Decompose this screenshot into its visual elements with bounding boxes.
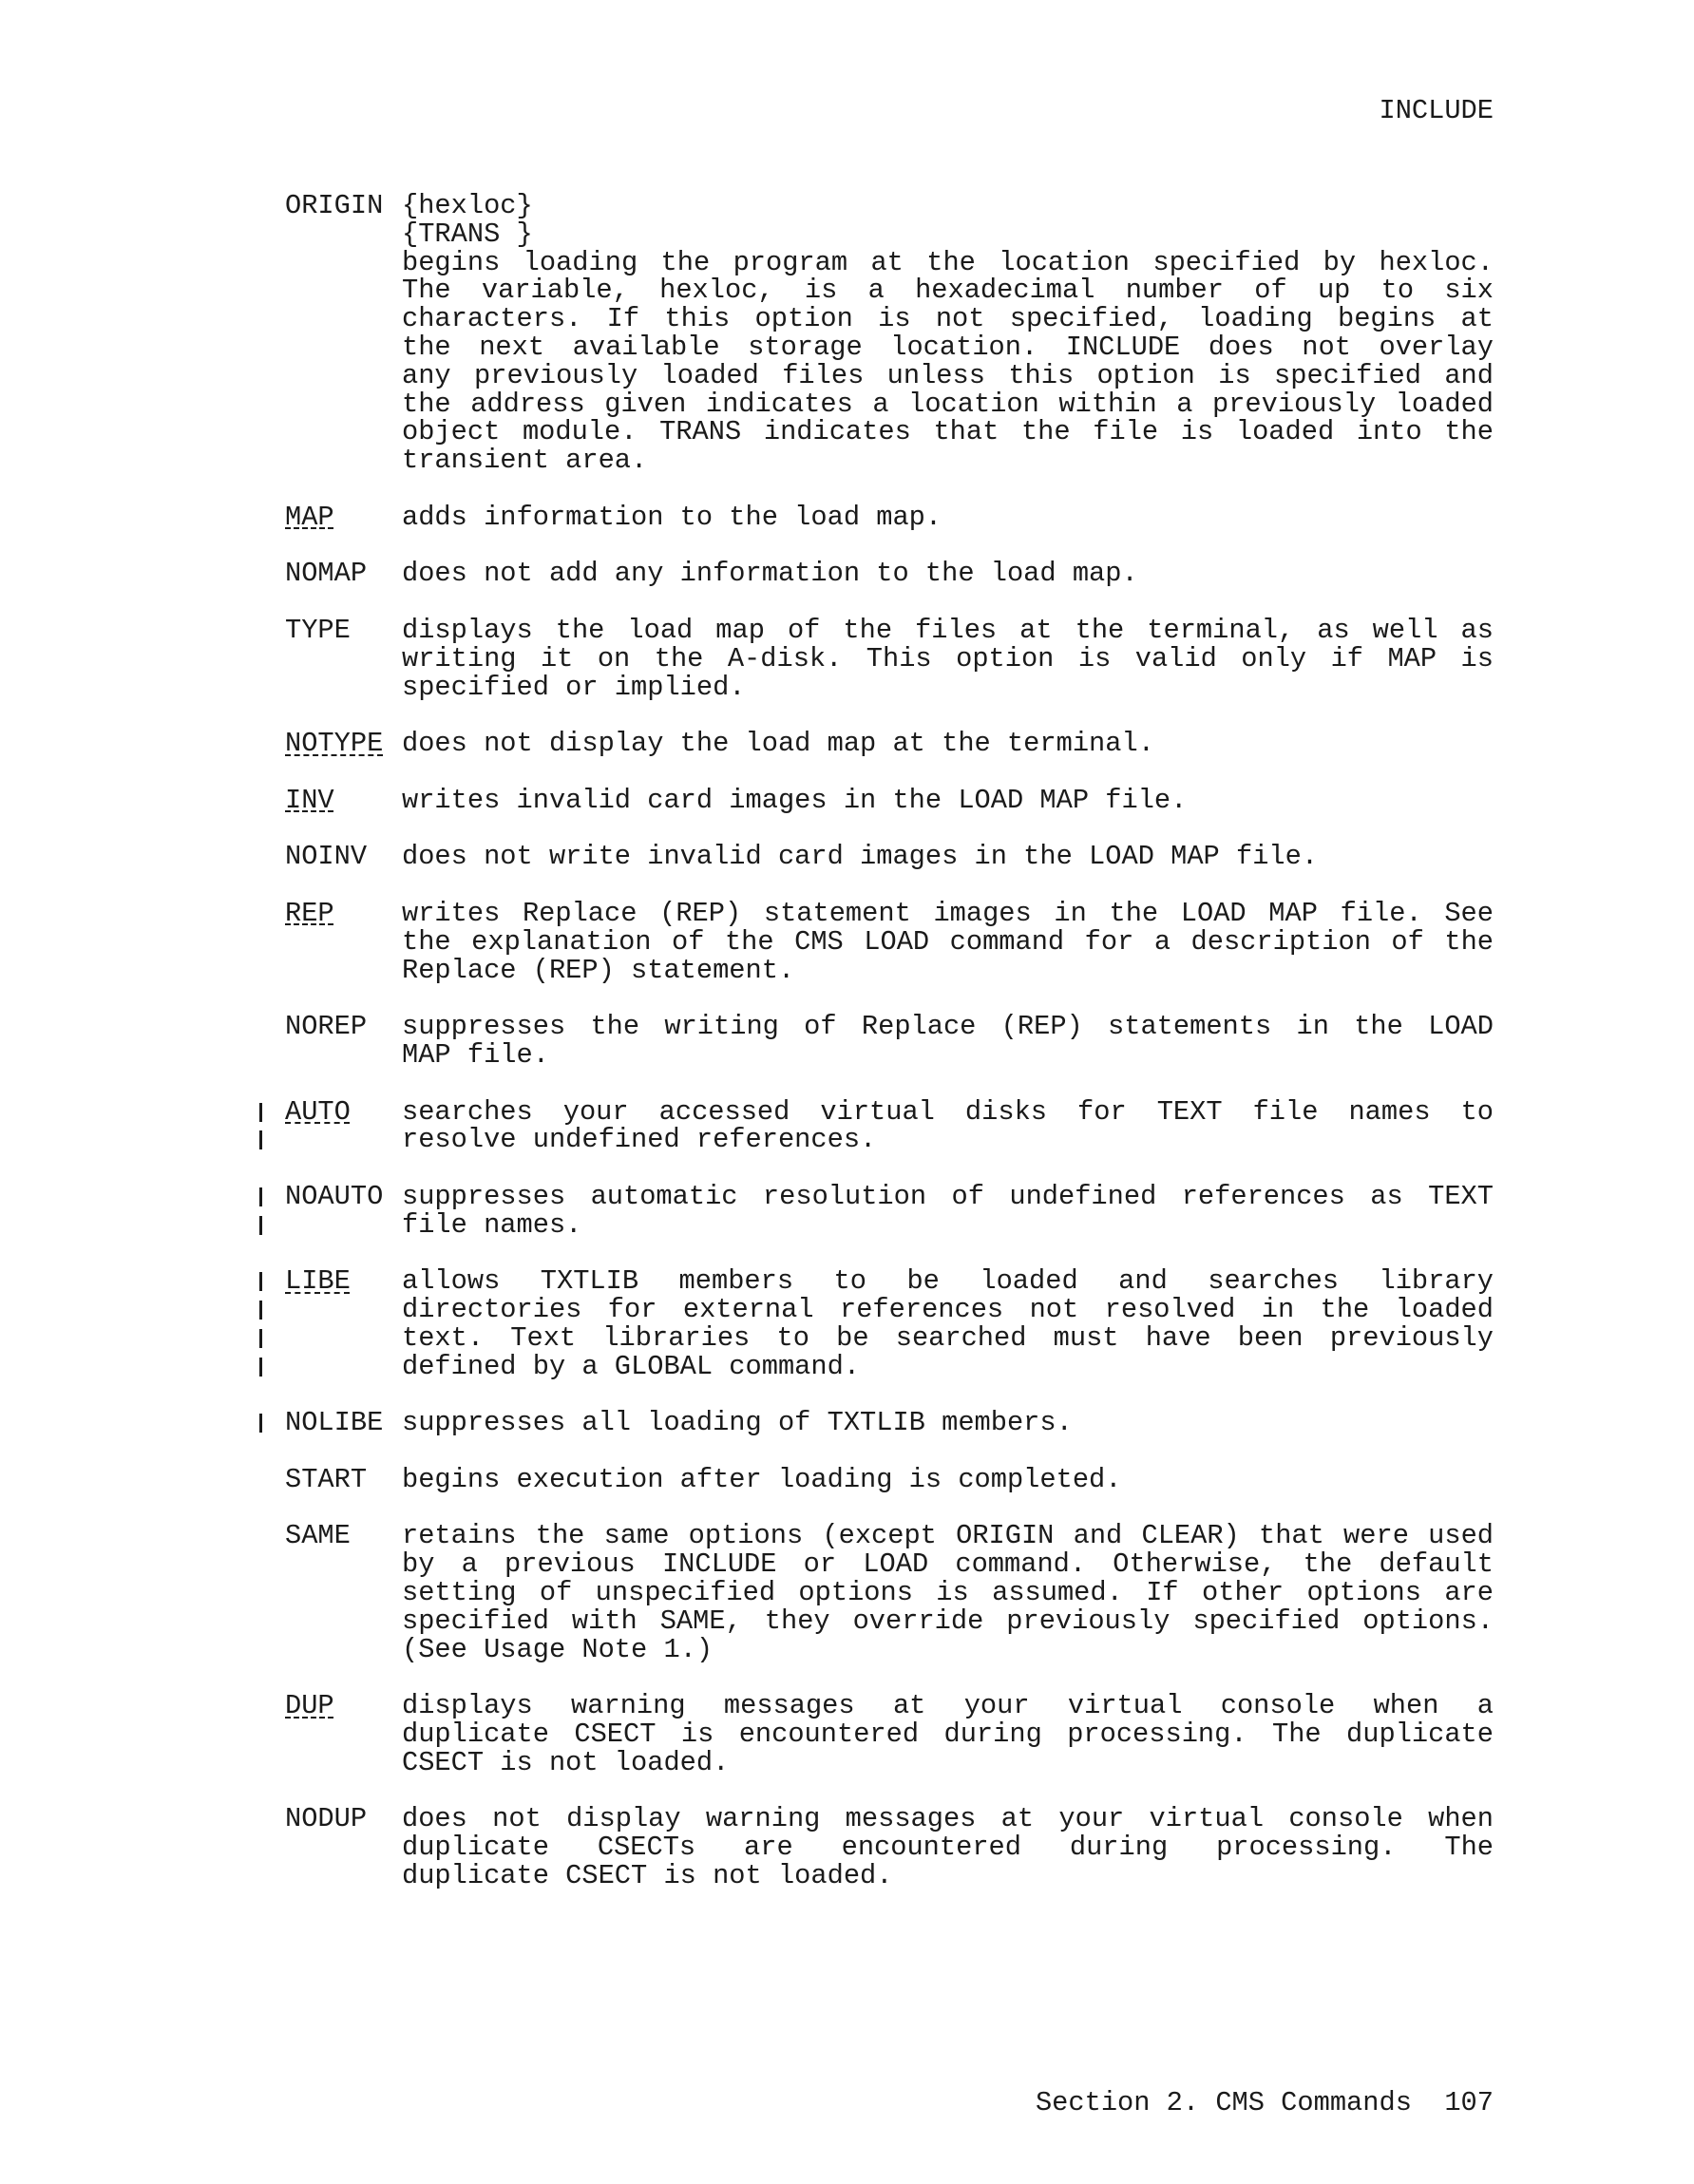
change-bar xyxy=(259,1329,262,1348)
option-description: allows TXTLIB members to be loaded and s… xyxy=(402,1267,1494,1380)
description-line: any previously loaded files unless this … xyxy=(402,362,1494,390)
description-line: object module. TRANS indicates that the … xyxy=(402,418,1494,446)
option-entry-noauto: NOAUTOsuppresses automatic resolution of… xyxy=(285,1183,1494,1240)
option-entry-dup: DUPdisplays warning messages at your vir… xyxy=(285,1692,1494,1776)
option-description: writes Replace (REP) statement images in… xyxy=(402,900,1494,984)
description-line: specified with SAME, they override previ… xyxy=(402,1607,1494,1636)
description-line: searches your accessed virtual disks for… xyxy=(402,1098,1494,1127)
description-line: specified or implied. xyxy=(402,674,1494,702)
description-line: CSECT is not loaded. xyxy=(402,1749,1494,1777)
running-head: INCLUDE xyxy=(1374,97,1494,125)
option-entry-origin: ORIGIN{hexloc}{TRANS }begins loading the… xyxy=(285,192,1494,475)
change-bar xyxy=(259,1216,262,1235)
change-bar xyxy=(259,1103,262,1122)
option-entry-libe: LIBEallows TXTLIB members to be loaded a… xyxy=(285,1267,1494,1380)
option-name: AUTO xyxy=(285,1098,351,1127)
description-line: Replace (REP) statement. xyxy=(402,957,1494,985)
option-entry-norep: NOREPsuppresses the writing of Replace (… xyxy=(285,1013,1494,1070)
description-line: begins execution after loading is comple… xyxy=(402,1466,1494,1494)
change-bar xyxy=(259,1414,262,1433)
option-entry-type: TYPEdisplays the load map of the files a… xyxy=(285,617,1494,701)
description-line: duplicate CSECTs are encountered during … xyxy=(402,1833,1494,1862)
option-name: DUP xyxy=(285,1692,334,1720)
description-line: transient area. xyxy=(402,446,1494,475)
change-bar xyxy=(259,1272,262,1291)
description-line: by a previous INCLUDE or LOAD command. O… xyxy=(402,1550,1494,1579)
footer-section-title: Section 2. CMS Commands xyxy=(1036,2087,1412,2118)
description-line: characters. If this option is not specif… xyxy=(402,305,1494,333)
description-line: {TRANS } xyxy=(402,220,1494,249)
option-list: ORIGIN{hexloc}{TRANS }begins loading the… xyxy=(285,192,1494,1919)
option-name: NOAUTO xyxy=(285,1183,383,1211)
option-name: NOLIBE xyxy=(285,1409,383,1437)
option-name: MAP xyxy=(285,503,334,532)
option-entry-notype: NOTYPEdoes not display the load map at t… xyxy=(285,730,1494,758)
description-line: resolve undefined references. xyxy=(402,1126,1494,1154)
description-line: duplicate CSECT is encountered during pr… xyxy=(402,1720,1494,1749)
option-entry-noinv: NOINVdoes not write invalid card images … xyxy=(285,843,1494,871)
option-name: NOREP xyxy=(285,1013,367,1041)
option-name: REP xyxy=(285,900,334,928)
option-description: does not display warning messages at you… xyxy=(402,1805,1494,1890)
option-entry-nomap: NOMAPdoes not add any information to the… xyxy=(285,560,1494,588)
option-name: SAME xyxy=(285,1522,351,1550)
description-line: writes Replace (REP) statement images in… xyxy=(402,900,1494,928)
option-description: writes invalid card images in the LOAD M… xyxy=(402,787,1494,815)
option-description: does not add any information to the load… xyxy=(402,560,1494,588)
option-entry-rep: REPwrites Replace (REP) statement images… xyxy=(285,900,1494,984)
option-entry-auto: AUTOsearches your accessed virtual disks… xyxy=(285,1098,1494,1155)
description-line: duplicate CSECT is not loaded. xyxy=(402,1862,1494,1890)
change-bar xyxy=(259,1187,262,1206)
option-entry-same: SAMEretains the same options (except ORI… xyxy=(285,1522,1494,1663)
description-line: does not add any information to the load… xyxy=(402,560,1494,588)
description-line: adds information to the load map. xyxy=(402,503,1494,532)
option-entry-inv: INVwrites invalid card images in the LOA… xyxy=(285,787,1494,815)
option-description: does not write invalid card images in th… xyxy=(402,843,1494,871)
description-line: defined by a GLOBAL command. xyxy=(402,1353,1494,1381)
option-name: ORIGIN xyxy=(285,192,383,220)
option-name: NOINV xyxy=(285,843,367,871)
description-line: (See Usage Note 1.) xyxy=(402,1636,1494,1664)
option-name: LIBE xyxy=(285,1267,351,1296)
option-entry-nodup: NODUPdoes not display warning messages a… xyxy=(285,1805,1494,1890)
option-description: searches your accessed virtual disks for… xyxy=(402,1098,1494,1155)
description-line: suppresses automatic resolution of undef… xyxy=(402,1183,1494,1211)
option-description: suppresses the writing of Replace (REP) … xyxy=(402,1013,1494,1070)
option-name: INV xyxy=(285,787,334,815)
description-line: suppresses all loading of TXTLIB members… xyxy=(402,1409,1494,1437)
description-line: MAP file. xyxy=(402,1041,1494,1070)
description-line: the explanation of the CMS LOAD command … xyxy=(402,928,1494,957)
option-description: suppresses all loading of TXTLIB members… xyxy=(402,1409,1494,1437)
option-name: NOTYPE xyxy=(285,730,383,758)
description-line: the next available storage location. INC… xyxy=(402,333,1494,362)
change-bar xyxy=(259,1358,262,1377)
option-description: adds information to the load map. xyxy=(402,503,1494,532)
description-line: the address given indicates a location w… xyxy=(402,390,1494,419)
description-line: retains the same options (except ORIGIN … xyxy=(402,1522,1494,1550)
description-line: writing it on the A-disk. This option is… xyxy=(402,645,1494,674)
description-line: displays the load map of the files at th… xyxy=(402,617,1494,645)
change-bar xyxy=(259,1301,262,1320)
option-description: displays the load map of the files at th… xyxy=(402,617,1494,701)
description-line: text. Text libraries to be searched must… xyxy=(402,1324,1494,1353)
page-footer: Section 2. CMS Commands 107 xyxy=(1024,2089,1494,2118)
change-bar xyxy=(259,1130,262,1149)
description-line: displays warning messages at your virtua… xyxy=(402,1692,1494,1720)
option-description: {hexloc}{TRANS }begins loading the progr… xyxy=(402,192,1494,475)
option-description: displays warning messages at your virtua… xyxy=(402,1692,1494,1776)
option-description: retains the same options (except ORIGIN … xyxy=(402,1522,1494,1663)
option-name: NODUP xyxy=(285,1805,367,1833)
option-entry-map: MAPadds information to the load map. xyxy=(285,503,1494,532)
option-entry-nolibe: NOLIBEsuppresses all loading of TXTLIB m… xyxy=(285,1409,1494,1437)
page-number: 107 xyxy=(1444,2087,1494,2118)
description-line: does not display warning messages at you… xyxy=(402,1805,1494,1833)
option-description: does not display the load map at the ter… xyxy=(402,730,1494,758)
description-line: begins loading the program at the locati… xyxy=(402,249,1494,277)
description-line: suppresses the writing of Replace (REP) … xyxy=(402,1013,1494,1041)
description-line: {hexloc} xyxy=(402,192,1494,220)
option-name: NOMAP xyxy=(285,560,367,588)
option-description: begins execution after loading is comple… xyxy=(402,1466,1494,1494)
description-line: does not write invalid card images in th… xyxy=(402,843,1494,871)
description-line: setting of unspecified options is assume… xyxy=(402,1579,1494,1607)
description-line: does not display the load map at the ter… xyxy=(402,730,1494,758)
option-entry-start: STARTbegins execution after loading is c… xyxy=(285,1466,1494,1494)
description-line: file names. xyxy=(402,1211,1494,1240)
description-line: The variable, hexloc, is a hexadecimal n… xyxy=(402,276,1494,305)
description-line: directories for external references not … xyxy=(402,1296,1494,1324)
description-line: allows TXTLIB members to be loaded and s… xyxy=(402,1267,1494,1296)
option-name: START xyxy=(285,1466,367,1494)
description-line: writes invalid card images in the LOAD M… xyxy=(402,787,1494,815)
option-name: TYPE xyxy=(285,617,351,645)
option-description: suppresses automatic resolution of undef… xyxy=(402,1183,1494,1240)
